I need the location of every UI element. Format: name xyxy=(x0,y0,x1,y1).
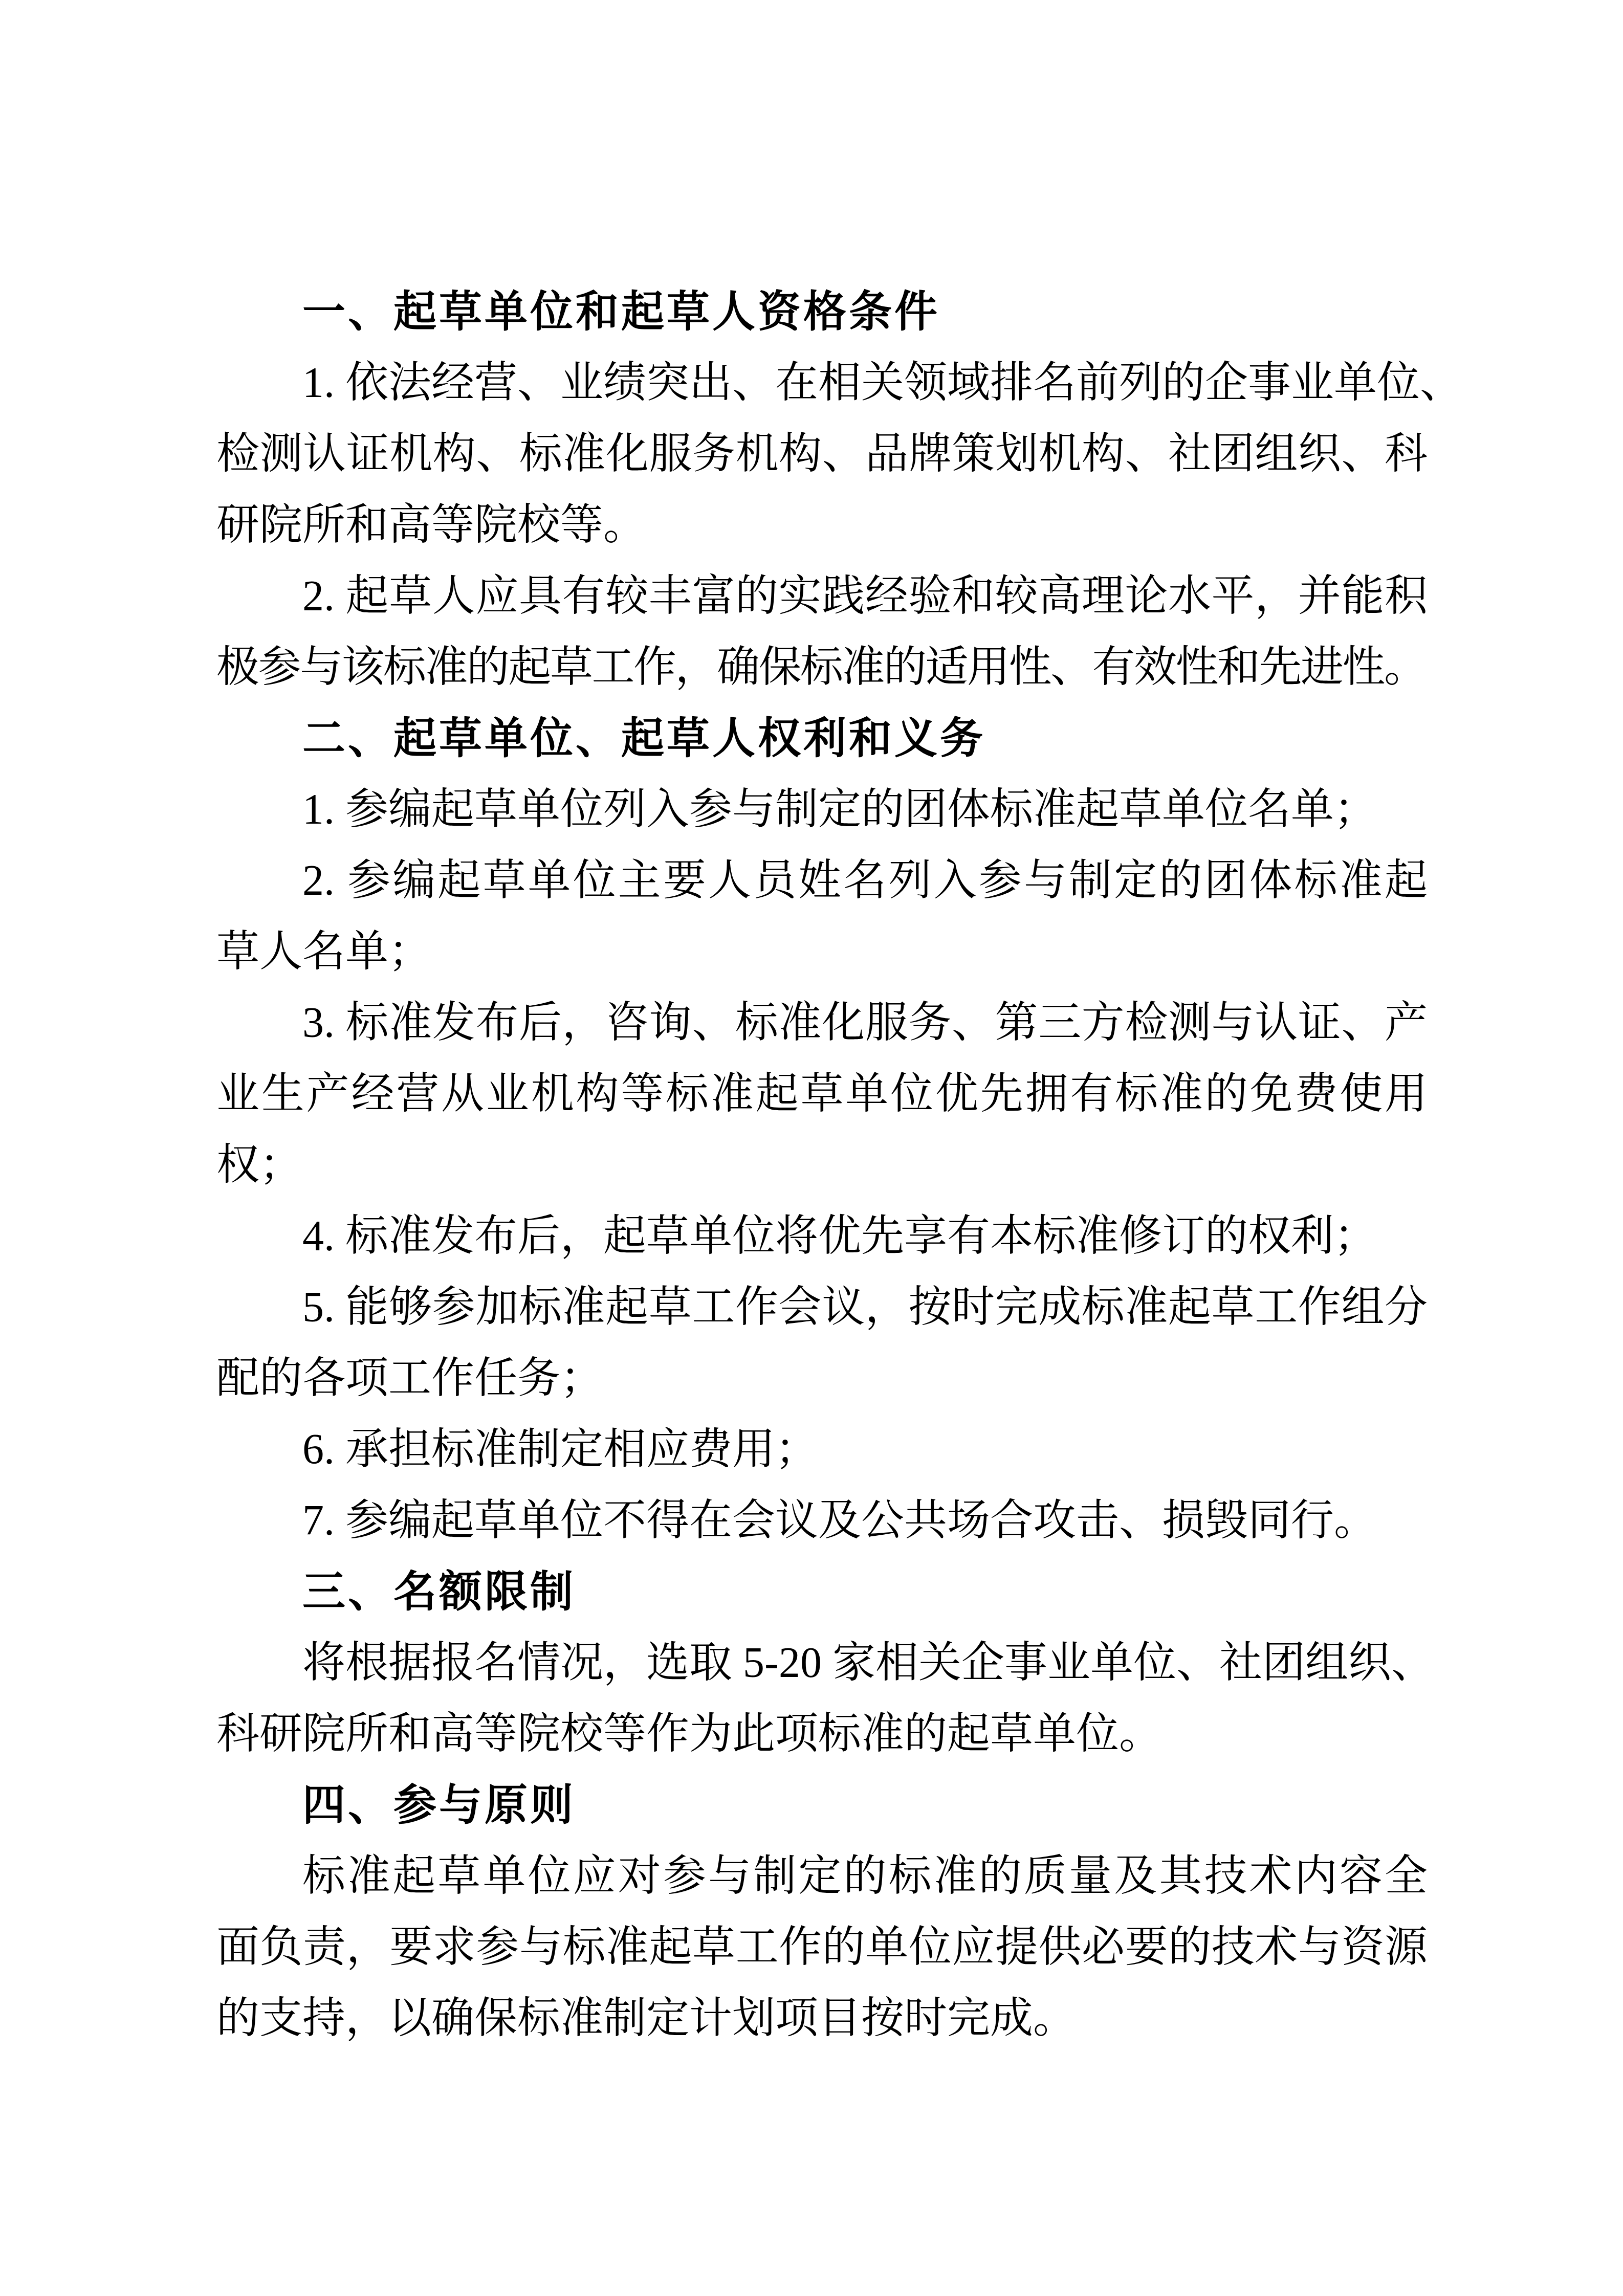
text-line: 3. 标准发布后，咨询、标准化服务、第三方检测与认证、产 xyxy=(216,987,1428,1058)
text-line: 极参与该标准的起草工作，确保标准的适用性、有效性和先进性。 xyxy=(216,632,1428,703)
text-line: 2. 起草人应具有较丰富的实践经验和较高理论水平，并能积 xyxy=(216,561,1428,632)
section-heading-1: 一、起草单位和起草人资格条件 xyxy=(216,276,1428,347)
text-line: 草人名单； xyxy=(216,916,1428,987)
text-line: 1. 依法经营、业绩突出、在相关领域排名前列的企事业单位、 xyxy=(216,347,1428,418)
text-line: 7. 参编起草单位不得在会议及公共场合攻击、损毁同行。 xyxy=(216,1485,1428,1556)
section-heading-2: 二、起草单位、起草人权利和义务 xyxy=(216,703,1428,774)
text-line: 科研院所和高等院校等作为此项标准的起草单位。 xyxy=(216,1698,1428,1770)
text-line: 研院所和高等院校等。 xyxy=(216,490,1428,561)
document-page: { "page": { "background": "#ffffff", "te… xyxy=(0,0,1623,2296)
text-line: 将根据报名情况，选取 5-20 家相关企事业单位、社团组织、 xyxy=(216,1627,1428,1698)
text-line: 检测认证机构、标准化服务机构、品牌策划机构、社团组织、科 xyxy=(216,418,1428,490)
text-line: 6. 承担标准制定相应费用； xyxy=(216,1414,1428,1485)
text-line: 2. 参编起草单位主要人员姓名列入参与制定的团体标准起 xyxy=(216,845,1428,916)
text-line: 4. 标准发布后，起草单位将优先享有本标准修订的权利； xyxy=(216,1201,1428,1272)
text-line: 标准起草单位应对参与制定的标准的质量及其技术内容全 xyxy=(216,1841,1428,1912)
text-line: 配的各项工作任务； xyxy=(216,1343,1428,1414)
section-heading-3: 三、名额限制 xyxy=(216,1556,1428,1627)
text-line: 面负责，要求参与标准起草工作的单位应提供必要的技术与资源 xyxy=(216,1912,1428,1983)
text-line: 的支持，以确保标准制定计划项目按时完成。 xyxy=(216,1983,1428,2054)
text-line: 权； xyxy=(216,1130,1428,1201)
text-line: 1. 参编起草单位列入参与制定的团体标准起草单位名单； xyxy=(216,774,1428,845)
text-line: 业生产经营从业机构等标准起草单位优先拥有标准的免费使用 xyxy=(216,1058,1428,1130)
section-heading-4: 四、参与原则 xyxy=(216,1770,1428,1841)
document-body: 一、起草单位和起草人资格条件 1. 依法经营、业绩突出、在相关领域排名前列的企事… xyxy=(216,276,1428,2054)
text-line: 5. 能够参加标准起草工作会议，按时完成标准起草工作组分 xyxy=(216,1272,1428,1343)
